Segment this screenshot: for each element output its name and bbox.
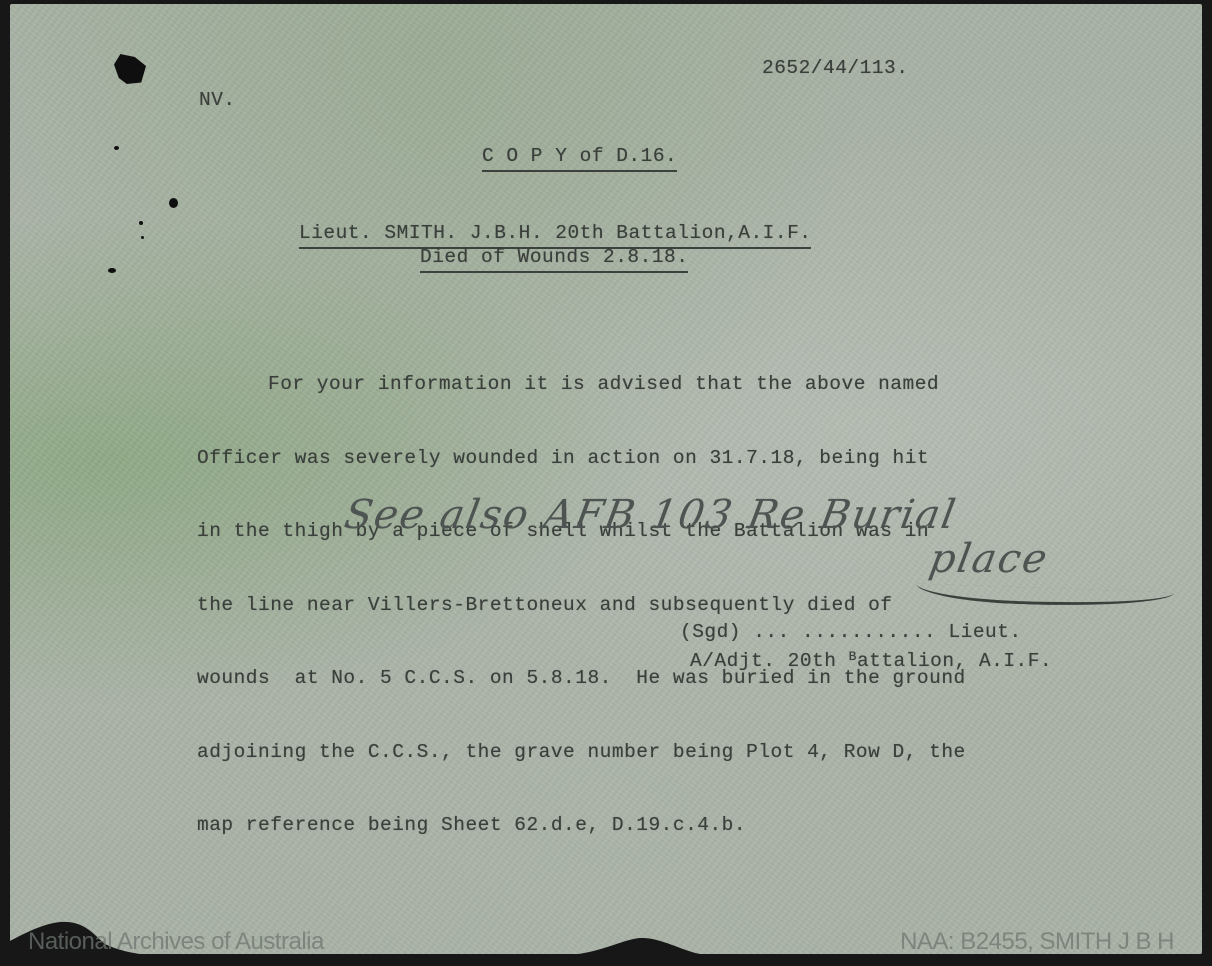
body-line: adjoining the C.C.S., the grave number b… [197,740,966,765]
document-viewer: 2652/44/113. NV. C O P Y of D.16. Lieut.… [0,0,1212,966]
body-line: map reference being Sheet 62.d.e, D.19.c… [197,813,966,838]
initials: NV. [199,88,236,112]
handwritten-note-continued: place [926,536,1052,582]
signature-line: (Sgd) ... ........... Lieut. [680,620,1022,644]
signatory-title: A/Adjt. 20th Battalion, A.I.F. [690,645,1052,673]
signatory-title-suffix: attalion, A.I.F. [857,650,1052,672]
copy-title: C O P Y of D.16. [482,144,677,172]
subject-line-status: Died of Wounds 2.8.18. [420,245,688,273]
paper-damage-spot [139,221,143,225]
body-line: For your information it is advised that … [197,372,966,397]
archive-watermark: National Archives of Australia [28,928,324,956]
letter-body: For your information it is advised that … [197,323,966,887]
body-line: the line near Villers-Brettoneux and sub… [197,593,966,618]
signatory-title-sup: B [849,649,857,664]
paper-damage-spot [114,146,119,150]
handwritten-note: See also AFB 103 Re Burial [341,492,961,538]
reference-number: 2652/44/113. [762,56,908,80]
paper-damage-spot [169,198,178,208]
paper-damage-spot [108,268,116,273]
paper-damage-spot [141,236,144,239]
record-citation-watermark: NAA: B2455, SMITH J B H [900,928,1174,956]
body-line: Officer was severely wounded in action o… [197,446,966,471]
signatory-title-prefix: A/Adjt. 20th [690,650,849,672]
